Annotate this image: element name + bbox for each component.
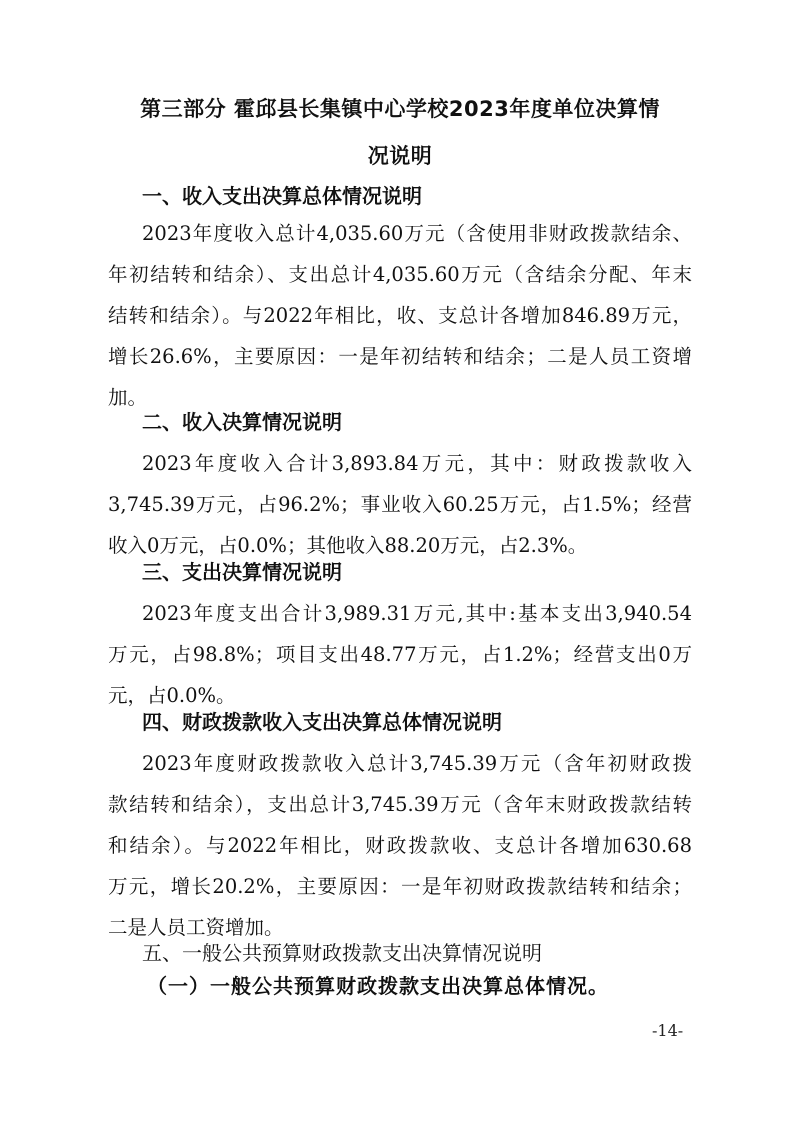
paragraph-line: 万元，增长20.2%，主要原因：一是年初财政拨款结转和结余； [108,871,692,899]
paragraph-line: 2023年度收入总计4,035.60万元（含使用非财政拨款结余、 [142,218,692,246]
section-heading-2: 二、收入决算情况说明 [142,406,342,435]
paragraph-line: 增长26.6%，主要原因：一是年初结转和结余；二是人员工资增 [108,341,692,369]
paragraph-line: 收入0万元，占0.0%；其他收入88.20万元，占2.3%。 [108,530,692,558]
page-title-line-2: 况说明 [100,140,700,170]
paragraph-line: 3,745.39万元，占96.2%；事业收入60.25万元，占1.5%；经营 [108,489,692,517]
paragraph-line: 万元，占98.8%；项目支出48.77万元，占1.2%；经营支出0万 [108,639,692,667]
paragraph-line: 2023年度收入合计3,893.84万元，其中：财政拨款收入 [142,448,692,476]
section-heading-1: 一、收入支出决算总体情况说明 [142,180,422,209]
section-heading-4: 四、财政拨款收入支出决算总体情况说明 [142,706,502,735]
paragraph-line: 年初结转和结余）、支出总计4,035.60万元（含结余分配、年末 [108,259,692,287]
section-heading-5: 五、一般公共预算财政拨款支出决算情况说明 [142,937,542,966]
page-number: -14- [652,1021,683,1040]
paragraph-line: 结转和结余）。与2022年相比，收、支总计各增加846.89万元， [108,300,692,328]
paragraph-line: 2023年度支出合计3,989.31万元,其中:基本支出3,940.54 [142,598,692,626]
paragraph-line: 和结余）。与2022年相比，财政拨款收、支总计各增加630.68 [108,830,692,858]
paragraph-line: 2023年度财政拨款收入总计3,745.39万元（含年初财政拨 [142,748,692,776]
subsection-heading: （一）一般公共预算财政拨款支出决算总体情况。 [147,970,609,999]
page-title-line-1: 第三部分 霍邱县长集镇中心学校2023年度单位决算情 [100,93,700,123]
section-heading-3: 三、支出决算情况说明 [142,556,342,585]
paragraph-line: 二是人员工资增加。 [108,912,692,940]
paragraph-line: 元，占0.0%。 [108,680,692,708]
document-page: 第三部分 霍邱县长集镇中心学校2023年度单位决算情 况说明 一、收入支出决算总… [0,0,793,1122]
paragraph-line: 款结转和结余），支出总计3,745.39万元（含年末财政拨款结转 [108,789,692,817]
